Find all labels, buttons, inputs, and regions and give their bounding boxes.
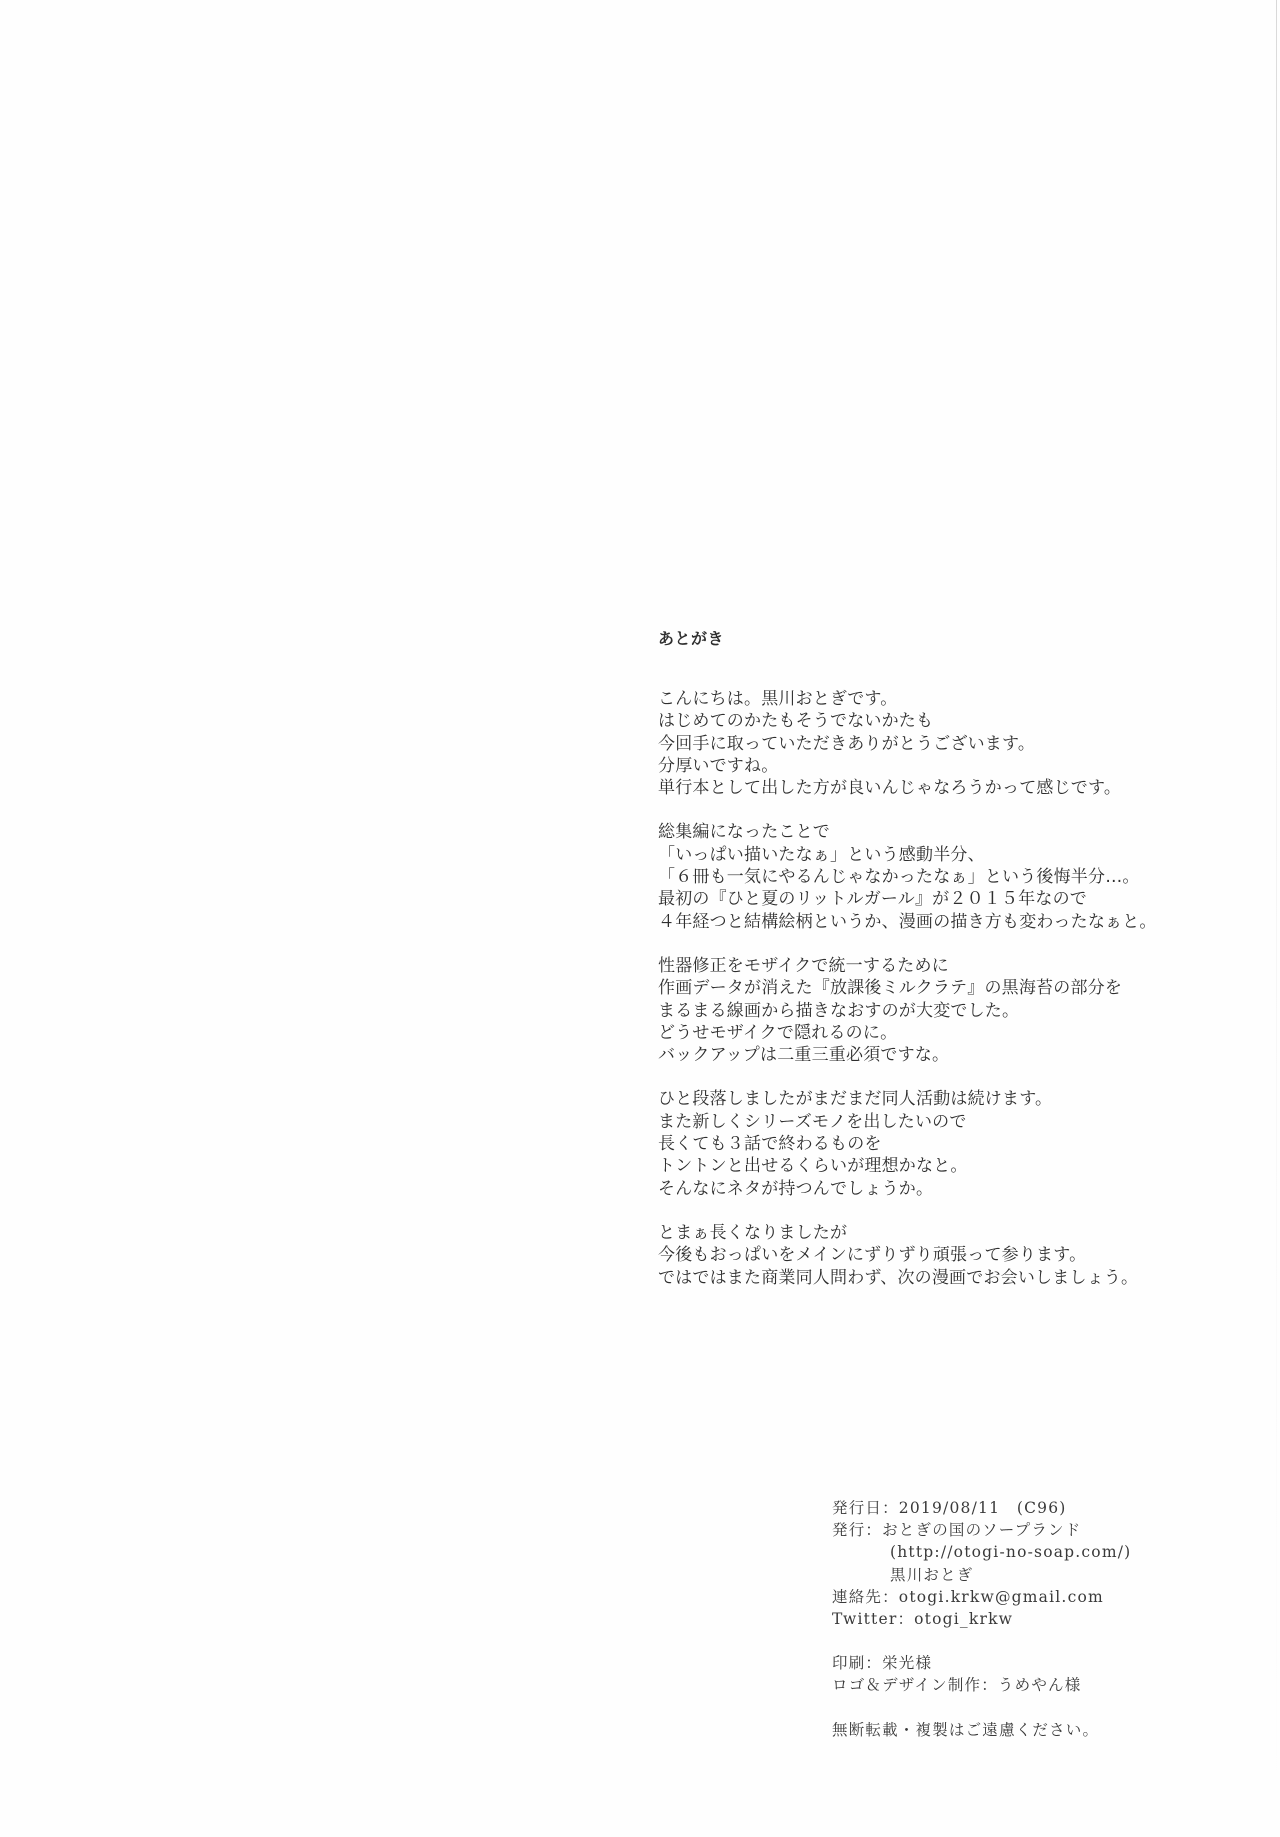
twitter-handle: Twitter：otogi_krkw xyxy=(832,1608,1212,1630)
colophon-publication-info: 発行日：2019/08/11 (C96) 発行：おとぎの国のソープランド (ht… xyxy=(832,1497,1212,1630)
text-line: 単行本として出した方が良いんじゃなろうかって感じです。 xyxy=(658,777,1218,799)
text-line: ４年経つと結構絵柄というか、漫画の描き方も変わったなぁと。 xyxy=(658,911,1218,933)
contact-email: 連絡先：otogi.krkw@gmail.com xyxy=(832,1586,1212,1608)
colophon: 発行日：2019/08/11 (C96) 発行：おとぎの国のソープランド (ht… xyxy=(832,1497,1212,1763)
author-name: 黒川おとぎ xyxy=(832,1564,1212,1586)
text-line: 今後もおっぱいをメインにずりずり頑張って参ります。 xyxy=(658,1244,1218,1266)
text-line: はじめてのかたもそうでないかたも xyxy=(658,710,1218,732)
text-line: とまぁ長くなりましたが xyxy=(658,1222,1218,1244)
text-line: こんにちは。黒川おとぎです。 xyxy=(658,688,1218,710)
paragraph-compilation: 総集編になったことで 「いっぱい描いたなぁ」という感動半分、 「６冊も一気にやる… xyxy=(658,821,1218,932)
text-line: 性器修正をモザイクで統一するために xyxy=(658,955,1218,977)
text-line: トントンと出せるくらいが理想かなと。 xyxy=(658,1155,1218,1177)
text-line: 作画データが消えた『放課後ミルクラテ』の黒海苔の部分を xyxy=(658,977,1218,999)
text-line: 最初の『ひと夏のリットルガール』が２０１５年なので xyxy=(658,888,1218,910)
text-line: 分厚いですね。 xyxy=(658,755,1218,777)
text-line: 「６冊も一気にやるんじゃなかったなぁ」という後悔半分…。 xyxy=(658,866,1218,888)
paragraph-closing: とまぁ長くなりましたが 今後もおっぱいをメインにずりずり頑張って参ります。 では… xyxy=(658,1222,1218,1289)
logo-design-credit: ロゴ＆デザイン制作：うめやん様 xyxy=(832,1674,1212,1696)
text-line: 今回手に取っていただきありがとうございます。 xyxy=(658,733,1218,755)
paragraph-mosaic: 性器修正をモザイクで統一するために 作画データが消えた『放課後ミルクラテ』の黒海… xyxy=(658,955,1218,1066)
printer-credit: 印刷：栄光様 xyxy=(832,1652,1212,1674)
text-line: 総集編になったことで xyxy=(658,821,1218,843)
publisher-url: (http://otogi-no-soap.com/) xyxy=(832,1541,1212,1563)
afterword-section: あとがき こんにちは。黒川おとぎです。 はじめてのかたもそうでないかたも 今回手… xyxy=(658,628,1218,1311)
text-line: ではではまた商業同人問わず、次の漫画でお会いしましょう。 xyxy=(658,1267,1218,1289)
publisher: 発行：おとぎの国のソープランド xyxy=(832,1519,1212,1541)
colophon-credits: 印刷：栄光様 ロゴ＆デザイン制作：うめやん様 xyxy=(832,1652,1212,1696)
text-line: また新しくシリーズモノを出したいので xyxy=(658,1111,1218,1133)
colophon-notice: 無断転載・複製はご遠慮ください。 xyxy=(832,1719,1212,1741)
text-line: 「いっぱい描いたなぁ」という感動半分、 xyxy=(658,844,1218,866)
publish-date: 発行日：2019/08/11 (C96) xyxy=(832,1497,1212,1519)
text-line: どうせモザイクで隠れるのに。 xyxy=(658,1022,1218,1044)
text-line: まるまる線画から描きなおすのが大変でした。 xyxy=(658,1000,1218,1022)
text-line: バックアップは二重三重必須ですな。 xyxy=(658,1044,1218,1066)
paragraph-greeting: こんにちは。黒川おとぎです。 はじめてのかたもそうでないかたも 今回手に取ってい… xyxy=(658,688,1218,799)
afterword-title: あとがき xyxy=(658,628,1218,650)
paragraph-future: ひと段落しましたがまだまだ同人活動は続けます。 また新しくシリーズモノを出したい… xyxy=(658,1088,1218,1199)
text-line: そんなにネタが持つんでしょうか。 xyxy=(658,1178,1218,1200)
text-line: ひと段落しましたがまだまだ同人活動は続けます。 xyxy=(658,1088,1218,1110)
page-edge-line xyxy=(1276,0,1277,1837)
copyright-notice: 無断転載・複製はご遠慮ください。 xyxy=(832,1719,1212,1741)
text-line: 長くても３話で終わるものを xyxy=(658,1133,1218,1155)
